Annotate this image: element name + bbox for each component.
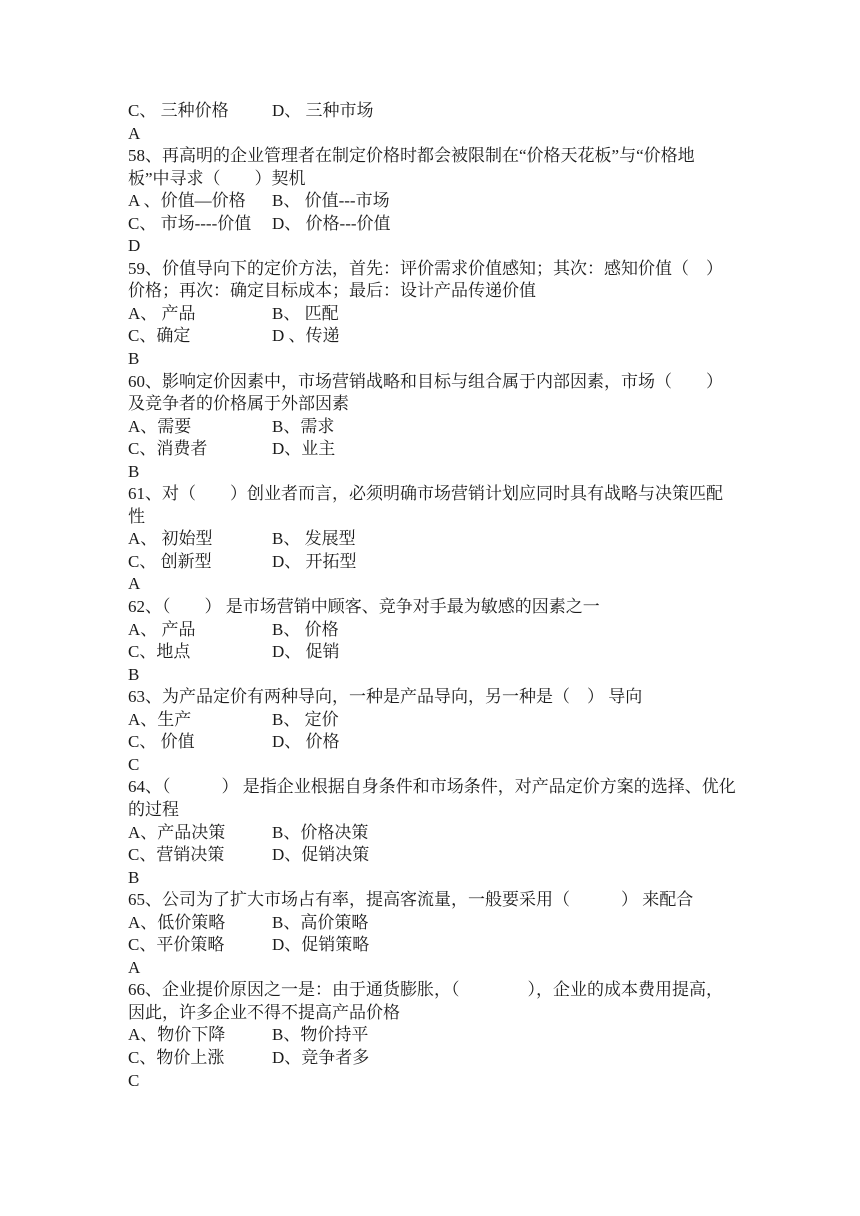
- option-right: B、 匹配: [272, 304, 339, 323]
- answer-letter: D: [128, 235, 800, 258]
- question-stem-line: 66、企业提价原因之一是：由于通货膨胀，（ ），企业的成本费用提高，: [128, 979, 800, 1002]
- option-right: D、 价格: [272, 732, 340, 751]
- option-right: B、 价格: [272, 620, 339, 639]
- option-row: A、产品决策B、价格决策: [128, 822, 800, 845]
- question-stem-line: 62、（ ） 是市场营销中顾客、竞争对手最为敏感的因素之一: [128, 596, 800, 619]
- option-left: C、 创新型: [128, 551, 272, 574]
- question-stem-line: 性: [128, 506, 800, 529]
- option-row: C、 价值D、 价格: [128, 731, 800, 754]
- option-row: A、需要B、需求: [128, 416, 800, 439]
- option-right: D、 开拓型: [272, 552, 357, 571]
- option-right: D、促销决策: [272, 845, 369, 864]
- option-row: C、平价策略D、促销策略: [128, 934, 800, 957]
- option-row: A、 初始型B、 发展型: [128, 528, 800, 551]
- question-stem-line: 61、对（ ）创业者而言，必须明确市场营销计划应同时具有战略与决策匹配: [128, 483, 800, 506]
- option-left: A、 产品: [128, 619, 272, 642]
- option-left: A、低价策略: [128, 912, 272, 935]
- option-right: D、竞争者多: [272, 1048, 369, 1067]
- option-row: A、生产B、 定价: [128, 709, 800, 732]
- option-right: B、 定价: [272, 710, 339, 729]
- question-stem-line: 及竞争者的价格属于外部因素: [128, 393, 800, 416]
- question-stem-line: 的过程: [128, 799, 800, 822]
- option-row: A 、价值—价格B、 价值---市场: [128, 190, 800, 213]
- document-page: C、 三种价格D、 三种市场A58、再高明的企业管理者在制定价格时都会被限制在“…: [0, 0, 860, 1216]
- option-row: C、地点D、 促销: [128, 641, 800, 664]
- option-left: A、 初始型: [128, 528, 272, 551]
- option-left: C、 市场----价值: [128, 213, 272, 236]
- option-right: B、物价持平: [272, 1025, 368, 1044]
- answer-letter: C: [128, 754, 800, 777]
- answer-letter: B: [128, 664, 800, 687]
- question-list: C、 三种价格D、 三种市场A58、再高明的企业管理者在制定价格时都会被限制在“…: [128, 100, 800, 1092]
- answer-letter: B: [128, 867, 800, 890]
- option-row: C、 市场----价值D、 价格---价值: [128, 213, 800, 236]
- question-stem-line: 65、公司为了扩大市场占有率，提高客流量，一般要采用（ ） 来配合: [128, 889, 800, 912]
- question-stem-line: 因此，许多企业不得不提高产品价格: [128, 1002, 800, 1025]
- option-left: C、消费者: [128, 438, 272, 461]
- option-left: A、产品决策: [128, 822, 272, 845]
- option-row: C、物价上涨D、竞争者多: [128, 1047, 800, 1070]
- question-stem-line: 58、再高明的企业管理者在制定价格时都会被限制在“价格天花板”与“价格地: [128, 145, 800, 168]
- option-row: C、营销决策D、促销决策: [128, 844, 800, 867]
- question-stem-line: 60、影响定价因素中，市场营销战略和目标与组合属于内部因素，市场（ ）: [128, 371, 800, 394]
- option-right: D、业主: [272, 439, 335, 458]
- question-stem-line: 63、为产品定价有两种导向，一种是产品导向，另一种是（ ） 导向: [128, 686, 800, 709]
- option-right: B、 发展型: [272, 529, 356, 548]
- question-stem-line: 64、（ ） 是指企业根据自身条件和市场条件，对产品定价方案的选择、优化: [128, 776, 800, 799]
- option-row: C、 三种价格D、 三种市场: [128, 100, 800, 123]
- option-row: A、物价下降B、物价持平: [128, 1024, 800, 1047]
- option-right: D 、传递: [272, 326, 340, 345]
- option-row: A、 产品B、 匹配: [128, 303, 800, 326]
- option-row: C、 创新型D、 开拓型: [128, 551, 800, 574]
- answer-letter: A: [128, 123, 800, 146]
- option-row: A、 产品B、 价格: [128, 619, 800, 642]
- answer-letter: A: [128, 573, 800, 596]
- question-stem-line: 59、价值导向下的定价方法，首先：评价需求价值感知；其次：感知价值（ ）: [128, 258, 800, 281]
- option-left: C、营销决策: [128, 844, 272, 867]
- option-row: A、低价策略B、高价策略: [128, 912, 800, 935]
- option-left: A、生产: [128, 709, 272, 732]
- option-left: C、物价上涨: [128, 1047, 272, 1070]
- answer-letter: A: [128, 957, 800, 980]
- option-left: A、 产品: [128, 303, 272, 326]
- option-left: A、需要: [128, 416, 272, 439]
- option-right: D、 促销: [272, 642, 340, 661]
- answer-letter: B: [128, 348, 800, 371]
- answer-letter: C: [128, 1070, 800, 1093]
- option-right: B、需求: [272, 417, 334, 436]
- option-row: C、消费者D、业主: [128, 438, 800, 461]
- option-left: A、物价下降: [128, 1024, 272, 1047]
- option-left: C、平价策略: [128, 934, 272, 957]
- option-right: B、高价策略: [272, 913, 368, 932]
- option-left: A 、价值—价格: [128, 190, 272, 213]
- option-right: D、促销策略: [272, 935, 369, 954]
- option-left: C、地点: [128, 641, 272, 664]
- option-right: B、价格决策: [272, 823, 368, 842]
- option-right: D、 三种市场: [272, 101, 374, 120]
- question-stem-line: 板”中寻求（ ）契机: [128, 168, 800, 191]
- option-row: C、确定D 、传递: [128, 325, 800, 348]
- option-right: D、 价格---价值: [272, 214, 391, 233]
- option-left: C、 三种价格: [128, 100, 272, 123]
- question-stem-line: 价格；再次：确定目标成本；最后：设计产品传递价值: [128, 280, 800, 303]
- option-right: B、 价值---市场: [272, 191, 390, 210]
- option-left: C、确定: [128, 325, 272, 348]
- option-left: C、 价值: [128, 731, 272, 754]
- answer-letter: B: [128, 461, 800, 484]
